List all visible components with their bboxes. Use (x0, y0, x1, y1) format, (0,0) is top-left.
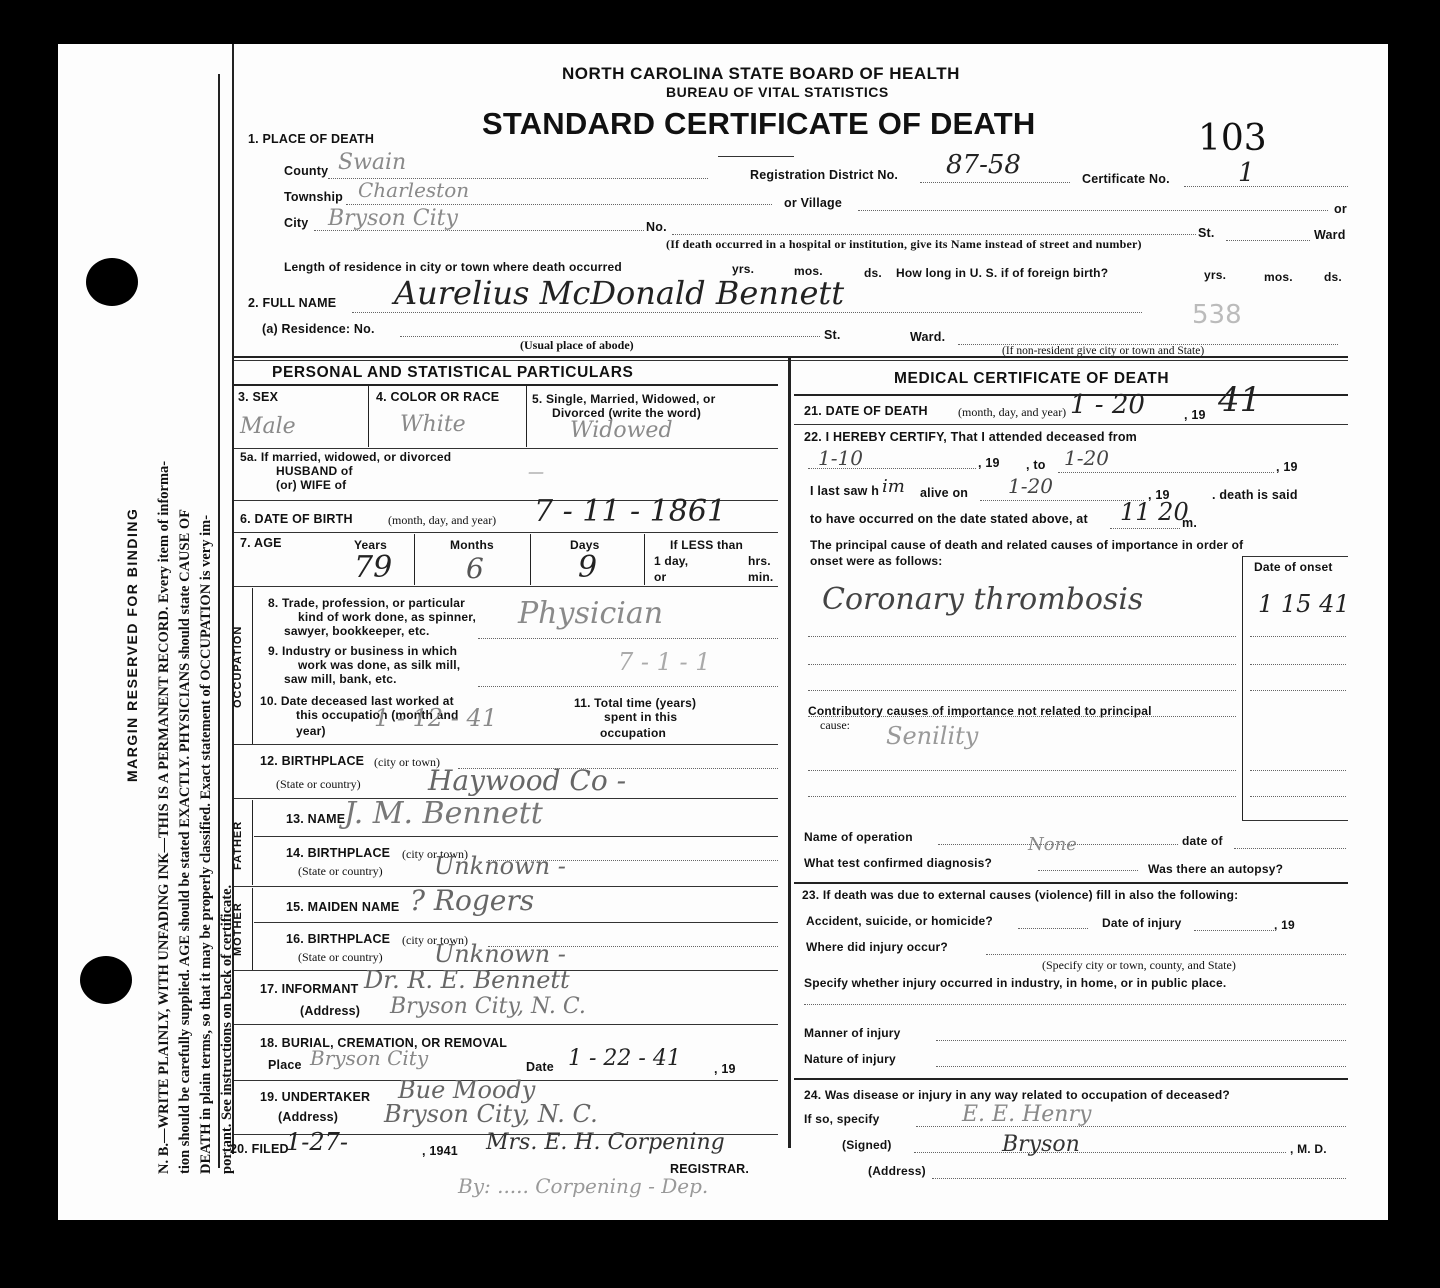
contributory-label: Contributory causes of importance not re… (808, 704, 1152, 718)
alive-on-label: alive on (920, 486, 968, 500)
industry-label-3: saw mill, bank, etc. (284, 672, 397, 686)
informant-address-label: (Address) (300, 1004, 360, 1018)
time-of-death: 11 20 (1120, 498, 1189, 526)
contributory-value: Senility (886, 722, 978, 750)
race-label: 4. COLOR OR RACE (376, 390, 499, 404)
onset-column-divider (1242, 556, 1243, 821)
nature-of-injury-label: Nature of injury (804, 1052, 896, 1066)
physician-signature: Bryson (1002, 1132, 1080, 1157)
county-label: County (284, 164, 328, 178)
industry-label-2: work was done, as silk mill, (298, 658, 460, 672)
instruction-line-1: N. B.—WRITE PLAINLY, WITH UNFADING INK—T… (154, 461, 175, 1174)
father-birthplace-value: Unknown - (434, 852, 566, 880)
mother-birthplace-value: Unknown - (434, 940, 566, 968)
township-value: Charleston (358, 178, 469, 202)
title-rule (718, 156, 794, 157)
operation-value: None (1028, 834, 1077, 855)
spouse-label-2: HUSBAND of (276, 464, 353, 478)
registration-district-value: 87-58 (946, 150, 1021, 180)
last-worked-label-3: year) (296, 724, 326, 738)
certificate-title: STANDARD CERTIFICATE OF DEATH (482, 106, 1035, 142)
death-year-prefix: , 19 (1184, 408, 1206, 422)
burial-place-value: Bryson City (310, 1046, 428, 1070)
occurred-label: to have occurred on the date stated abov… (810, 512, 1088, 526)
filed-value: 1-27- (286, 1128, 348, 1156)
total-time-label: 11. Total time (years) (574, 696, 696, 710)
sex-value: Male (240, 414, 296, 439)
cause-label-2: onset were as follows: (810, 554, 942, 568)
county-value: Swain (338, 150, 406, 175)
less-day-label: 1 day, (654, 554, 688, 568)
city-label: City (284, 216, 308, 230)
column-divider (788, 358, 791, 1148)
last-worked-value: 1 - 12 - 41 (374, 704, 497, 732)
operation-label: Name of operation (804, 830, 913, 844)
death-date-label: 21. DATE OF DEATH (804, 404, 928, 418)
spouse-value: — (528, 462, 544, 481)
residence-ward-label: Ward. (910, 330, 945, 344)
death-said-label: . death is said (1212, 488, 1298, 502)
deputy-signature: By: ..... Corpening - Dep. (458, 1174, 708, 1198)
full-name-label: 2. FULL NAME (248, 296, 336, 310)
bureau-name: BUREAU OF VITAL STATISTICS (666, 84, 889, 100)
dob-note: (month, day, and year) (388, 513, 496, 528)
medical-section-title: MEDICAL CERTIFICATE OF DEATH (894, 370, 1169, 388)
less-min-label: min. (748, 570, 773, 584)
father-birthplace-label: 14. BIRTHPLACE (286, 846, 390, 860)
instruction-line-2: tion should be carefully supplied. AGE s… (175, 509, 196, 1174)
mother-birthplace-state-note: (State or country) (298, 950, 383, 965)
where-injury-label: Where did injury occur? (806, 940, 948, 954)
form-left-border (232, 44, 234, 1154)
father-name-value: J. M. Bennett (344, 796, 543, 831)
months-value: 6 (466, 552, 484, 585)
death-date-note: (month, day, and year) (958, 405, 1066, 420)
injury-year-label: , 19 (1274, 918, 1295, 932)
abode-note: (Usual place of abode) (520, 338, 634, 353)
death-certificate-page: MARGIN RESERVED FOR BINDING N. B.—WRITE … (58, 44, 1388, 1220)
trade-label: 8. Trade, profession, or particular (268, 596, 465, 610)
ward-label: Ward (1314, 228, 1346, 242)
binding-margin-note: MARGIN RESERVED FOR BINDING (124, 508, 140, 782)
full-name-value: Aurelius McDonald Bennett (394, 274, 844, 312)
residence-length-label: Length of residence in city or town wher… (284, 260, 622, 274)
residence-st-label: St. (824, 328, 841, 342)
last-saw-pronoun: im (882, 476, 905, 497)
mother-birthplace-label: 16. BIRTHPLACE (286, 932, 390, 946)
instruction-line-3: DEATH in plain terms, so that it may be … (196, 515, 217, 1174)
death-year-value: 41 (1218, 380, 1261, 420)
manner-of-injury-label: Manner of injury (804, 1026, 901, 1040)
age-label: 7. AGE (240, 536, 282, 550)
village-label: or Village (784, 196, 842, 210)
registration-district-label: Registration District No. (750, 168, 898, 182)
sex-label: 3. SEX (238, 390, 278, 404)
marital-label: 5. Single, Married, Widowed, or (532, 392, 715, 406)
undertaker-address-value: Bryson City, N. C. (384, 1100, 598, 1128)
race-value: White (400, 412, 466, 437)
less-than-label: If LESS than (670, 538, 743, 552)
time-m-label: m. (1182, 516, 1197, 530)
years-value: 79 (354, 550, 392, 585)
marital-value: Widowed (570, 418, 673, 443)
attended-to-year: , 19 (1276, 460, 1298, 474)
industry-label: 9. Industry or business in which (268, 644, 457, 658)
burial-date-label: Date (526, 1060, 554, 1074)
personal-section-title: PERSONAL AND STATISTICAL PARTICULARS (272, 364, 633, 382)
mother-side-label: MOTHER (232, 902, 244, 956)
if-so-specify-label: If so, specify (804, 1112, 880, 1126)
occupation-related-label: 24. Was disease or injury in any way rel… (804, 1088, 1230, 1102)
cause-label: The principal cause of death and related… (810, 538, 1243, 552)
last-saw-label: I last saw h (810, 484, 879, 498)
punch-hole-bottom (80, 956, 132, 1004)
contributory-label-2: cause: (820, 718, 850, 733)
foreign-ds: ds. (1324, 270, 1342, 284)
punch-hole-top (86, 258, 138, 306)
autopsy-label: Was there an autopsy? (1148, 862, 1283, 876)
specify-industry-label: Specify whether injury occurred in indus… (804, 976, 1226, 990)
informant-value: Dr. R. E. Bennett (364, 966, 570, 994)
filed-year: , 1941 (422, 1144, 458, 1158)
burial-year-label: , 19 (714, 1062, 736, 1076)
date-onset-label: Date of onset (1254, 560, 1333, 574)
operation-date-label: date of (1182, 834, 1223, 848)
total-time-label-2: spent in this (604, 710, 677, 724)
hospital-note: (If death occurred in a hospital or inst… (666, 237, 1142, 252)
industry-value: 7 - 1 - 1 (618, 648, 711, 676)
city-value: Bryson City (328, 206, 458, 231)
death-date-value: 1 - 20 (1070, 390, 1145, 420)
trade-label-3: sawyer, bookkeeper, etc. (284, 624, 430, 638)
informant-address-value: Bryson City, N. C. (390, 994, 586, 1019)
days-value: 9 (578, 550, 597, 585)
foreign-yrs: yrs. (1204, 268, 1226, 282)
accident-label: Accident, suicide, or homicide? (806, 914, 993, 928)
agency-name: NORTH CAROLINA STATE BOARD OF HEALTH (562, 64, 960, 84)
external-causes-label: 23. If death was due to external causes … (802, 888, 1238, 902)
father-side-label: FATHER (232, 821, 244, 870)
injury-date-label: Date of injury (1102, 916, 1181, 930)
principal-cause-value: Coronary thrombosis (822, 582, 1143, 617)
instruction-underline (218, 74, 220, 1168)
or-label: or (1334, 202, 1347, 216)
foreign-mos: mos. (1264, 270, 1293, 284)
certificate-no-value: 1 (1238, 158, 1255, 188)
st-label: St. (1198, 226, 1215, 240)
residence-ds: ds. (864, 266, 882, 280)
total-time-label-3: occupation (600, 726, 666, 740)
township-label: Township (284, 190, 343, 204)
months-label: Months (450, 538, 494, 552)
onset-date-value: 1 15 41 (1258, 590, 1350, 618)
mother-maiden-label: 15. MAIDEN NAME (286, 900, 399, 914)
filed-label: 20. FILED (230, 1142, 289, 1156)
certificate-no-label: Certificate No. (1082, 172, 1170, 186)
father-name-label: 13. NAME (286, 812, 345, 826)
less-or-label: or (654, 570, 666, 584)
attended-from-value: 1-10 (818, 446, 863, 470)
margin-number: 538 (1192, 300, 1242, 330)
physician-address-label: (Address) (868, 1164, 926, 1178)
residence-label: (a) Residence: No. (262, 322, 375, 336)
street-no-label: No. (646, 220, 667, 234)
undertaker-address-label: (Address) (278, 1110, 338, 1124)
foreign-birth-label: How long in U. S. if of foreign birth? (896, 266, 1108, 280)
signed-label: (Signed) (842, 1138, 892, 1152)
certify-label: 22. I HEREBY CERTIFY, That I attended de… (804, 430, 1137, 444)
burial-place-label: Place (268, 1058, 302, 1072)
attended-to-value: 1-20 (1064, 446, 1109, 470)
registrar-signature: Mrs. E. H. Corpening (486, 1130, 725, 1155)
occupation-side-label: OCCUPATION (232, 626, 244, 708)
md-label: , M. D. (1290, 1142, 1327, 1156)
dob-value: 7 - 11 - 1861 (534, 494, 726, 529)
attended-to-label: , to (1026, 458, 1046, 472)
father-birthplace-state-note: (State or country) (298, 864, 383, 879)
birthplace-value: Haywood Co - (428, 764, 626, 797)
stamp-number: 103 (1198, 118, 1267, 159)
place-of-death-label: 1. PLACE OF DEATH (248, 132, 374, 146)
spouse-label: 5a. If married, widowed, or divorced (240, 450, 451, 464)
less-hrs-label: hrs. (748, 554, 771, 568)
test-label: What test confirmed diagnosis? (804, 856, 992, 870)
burial-date-value: 1 - 22 - 41 (568, 1046, 681, 1071)
birthplace-state-note: (State or country) (276, 777, 361, 792)
mother-maiden-value: ? Rogers (410, 884, 534, 917)
trade-value: Physician (518, 596, 663, 631)
spouse-label-3: (or) WIFE of (276, 478, 346, 492)
specify-place-note: (Specify city or town, county, and State… (1042, 958, 1236, 973)
informant-label: 17. INFORMANT (260, 982, 358, 996)
dob-label: 6. DATE OF BIRTH (240, 512, 353, 526)
if-so-value: E. E. Henry (962, 1102, 1091, 1127)
trade-label-2: kind of work done, as spinner, (298, 610, 476, 624)
last-saw-date: 1-20 (1008, 474, 1053, 498)
undertaker-label: 19. UNDERTAKER (260, 1090, 370, 1104)
attended-from-year: , 19 (978, 456, 1000, 470)
birthplace-label: 12. BIRTHPLACE (260, 754, 364, 768)
